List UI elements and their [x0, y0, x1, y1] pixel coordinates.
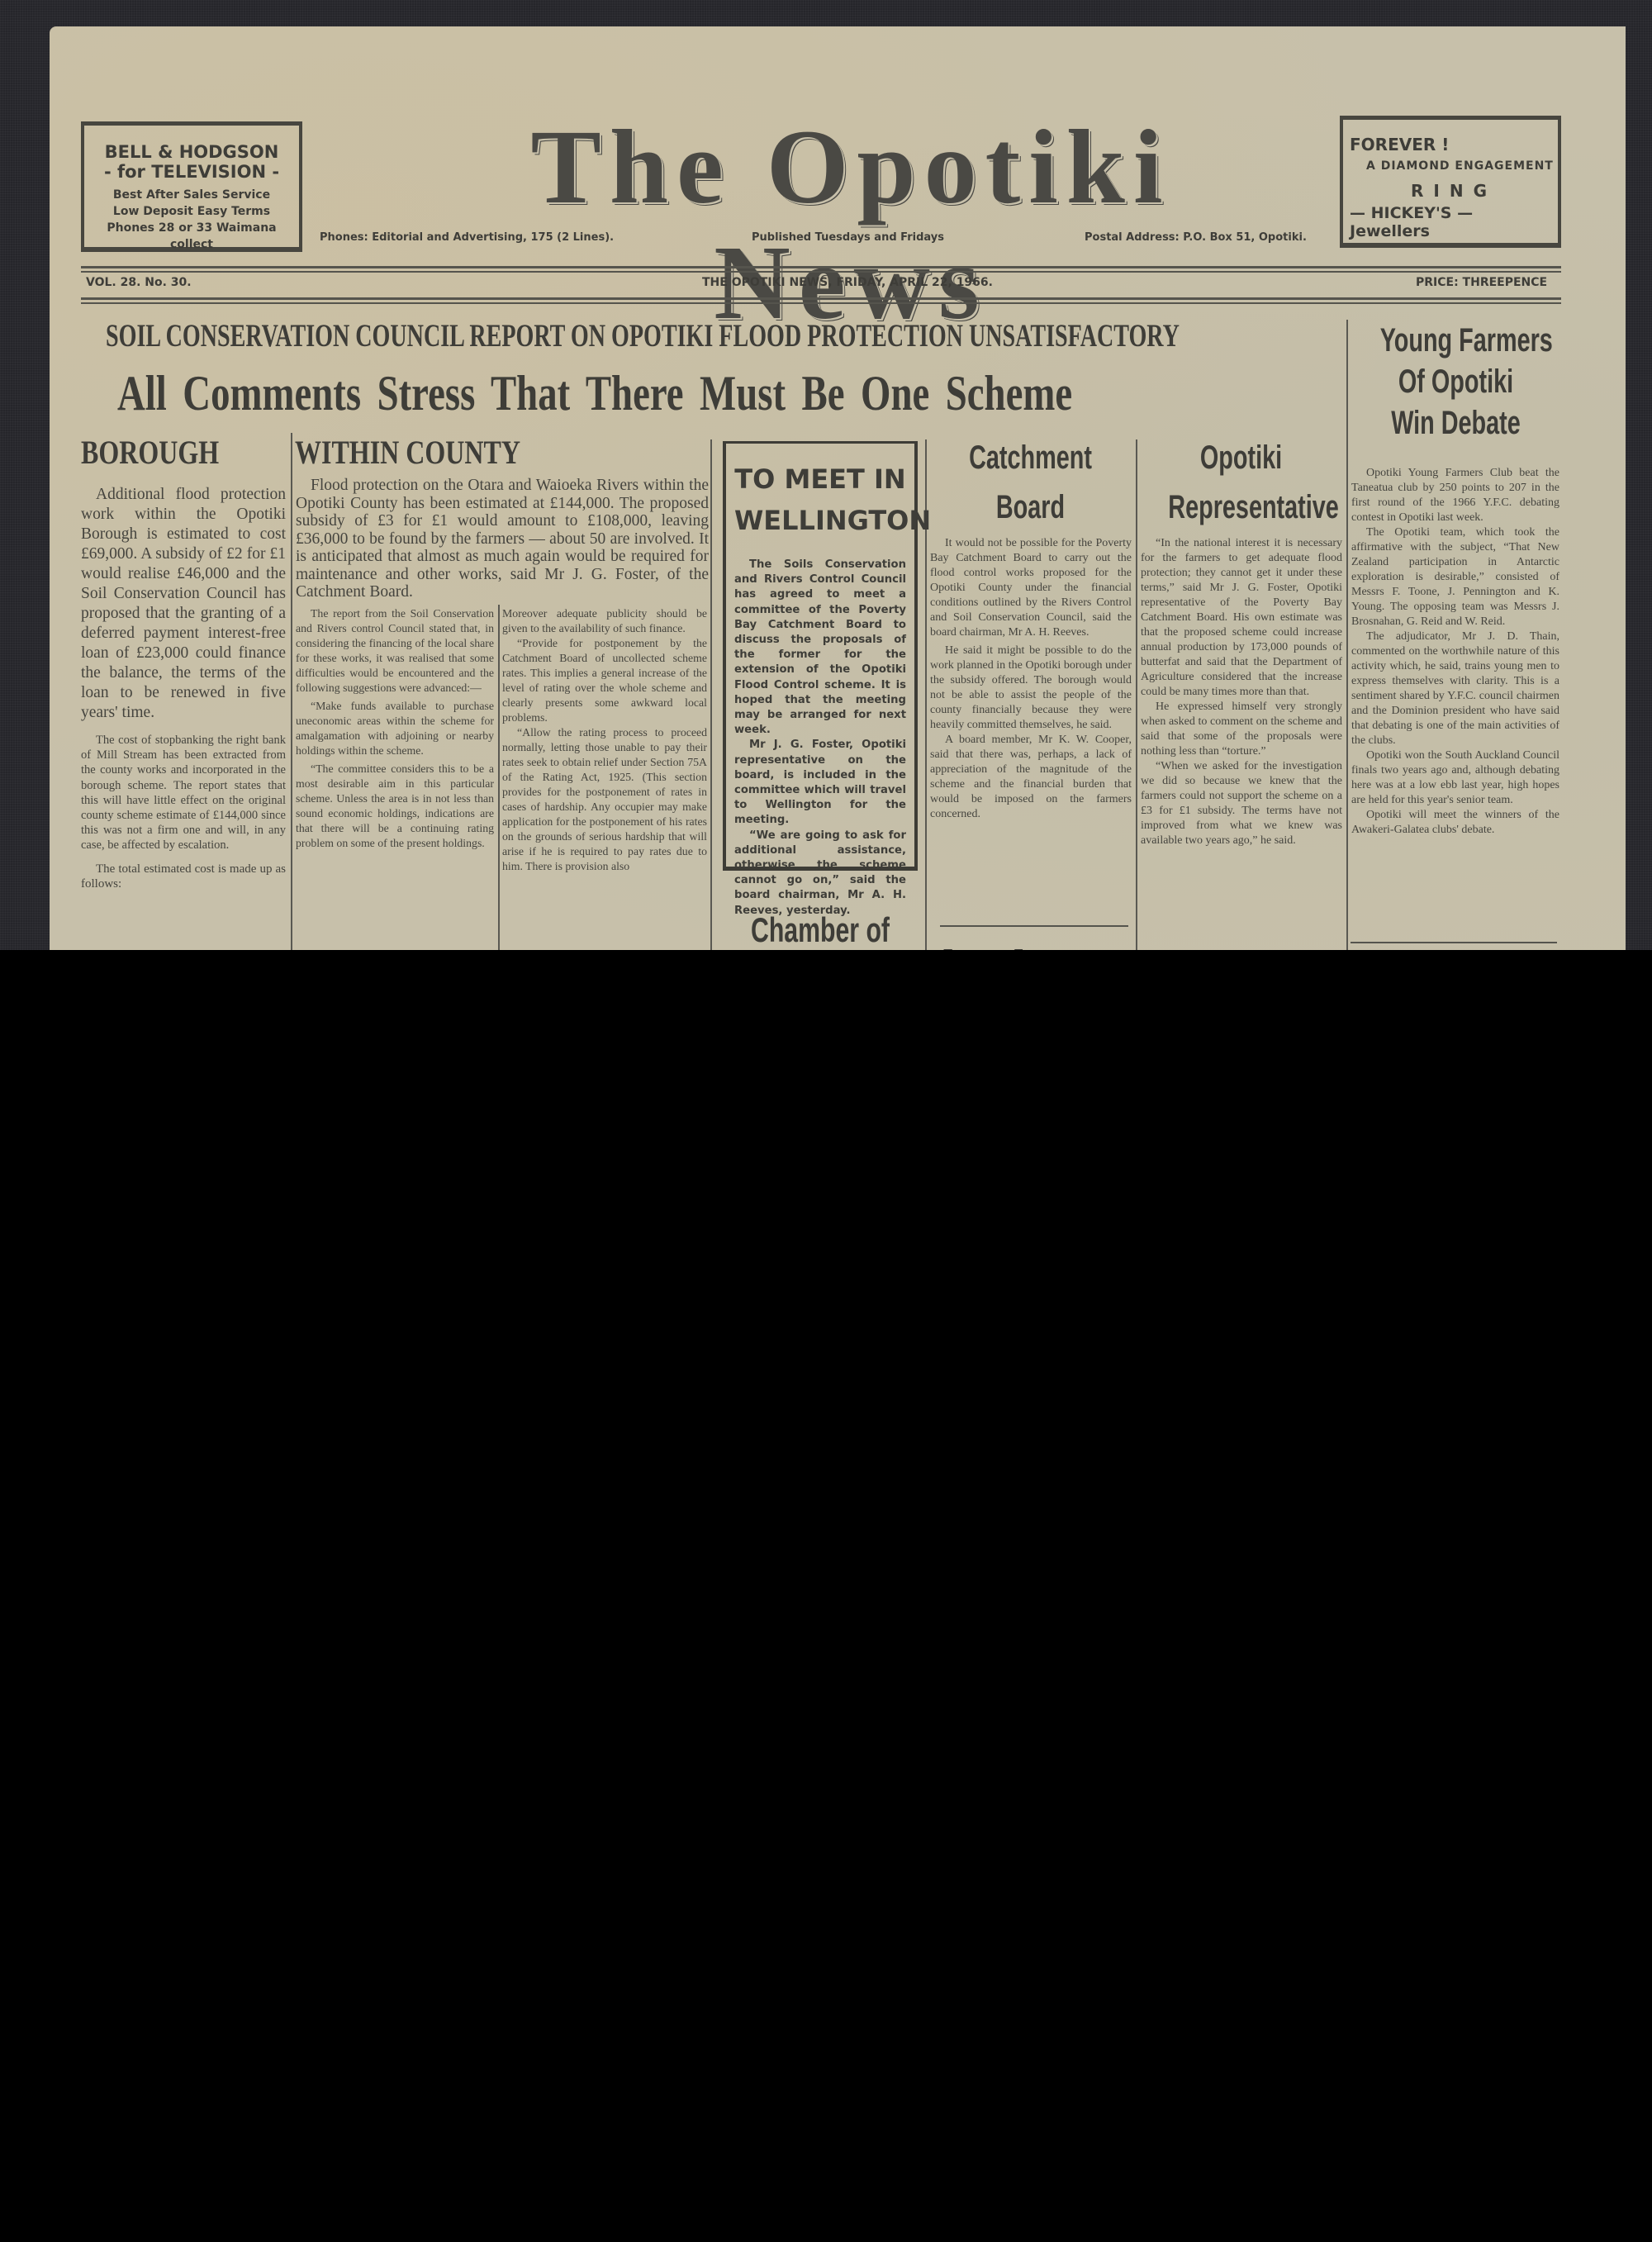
paragraph: The total estimated cost is made up as f…	[81, 862, 286, 891]
paragraph: The Opotiki team, which took the affirma…	[1351, 525, 1559, 629]
paragraph: A board member, Mr K. W. Cooper, said th…	[930, 733, 1132, 822]
catchment-story: It would not be possible for the Poverty…	[930, 536, 1132, 822]
masthead-title: The Opotiki News	[396, 109, 1305, 340]
ad-line: Phones 28 or 33 Waimana collect	[84, 220, 299, 253]
paragraph: It would not be possible for the Poverty…	[930, 536, 1132, 640]
rule-top	[81, 266, 1561, 273]
paragraph: “Allow the rating process to proceed nor…	[502, 725, 707, 874]
representative-heading: Opotiki	[1168, 439, 1313, 477]
county-lead: Flood protection on the Otara and Waioek…	[296, 477, 709, 601]
ad-line: FOREVER !	[1350, 135, 1558, 154]
representative-heading: Representative	[1168, 489, 1313, 526]
story-divider	[940, 925, 1128, 927]
empty-area	[0, 950, 1652, 2242]
paragraph: He expressed himself very strongly when …	[1141, 700, 1342, 759]
column-rule	[1346, 320, 1348, 950]
story-divider	[1351, 942, 1557, 943]
volume-number: VOL. 28. No. 30.	[86, 276, 192, 289]
large-increase-heading: Large Increase	[943, 942, 1104, 950]
county-column-2: Moreover adequate publicity should be gi…	[502, 606, 707, 874]
ad-line: A DIAMOND ENGAGEMENT	[1366, 159, 1558, 173]
catchment-heading: Catchment	[957, 439, 1103, 477]
ad-bell-hodgson: BELL & HODGSON - for TELEVISION - Best A…	[81, 121, 302, 252]
paragraph: “Provide for postponement by the Catchme…	[502, 636, 707, 725]
paragraph: Opotiki Young Farmers Club beat the Tane…	[1351, 466, 1559, 525]
paragraph: The adjudicator, Mr J. D. Thain, comment…	[1351, 629, 1559, 748]
box-heading: WELLINGTON	[734, 500, 906, 541]
chamber-heading: Chamber of	[750, 910, 890, 950]
paragraph: “When we asked for the investigation we …	[1141, 759, 1342, 848]
young-farmers-story: Opotiki Young Farmers Club beat the Tane…	[1351, 466, 1559, 838]
paragraph: Opotiki won the South Auckland Council f…	[1351, 748, 1559, 808]
paragraph: Moreover adequate publicity should be gi…	[502, 606, 707, 636]
paragraph: The Soils Conservation and Rivers Contro…	[734, 558, 906, 738]
young-farmers-heading: Young Farmers	[1380, 322, 1532, 359]
paragraph: Opotiki will meet the winners of the Awa…	[1351, 808, 1559, 838]
county-heading: WITHIN COUNTY	[295, 433, 520, 472]
catchment-heading: Board	[957, 489, 1103, 526]
ad-line: Best After Sales Service	[84, 187, 299, 203]
paragraph: Additional flood protection work within …	[81, 485, 286, 723]
price: PRICE: THREEPENCE	[1416, 276, 1547, 289]
phones-info: Phones: Editorial and Advertising, 175 (…	[320, 231, 614, 244]
column-rule	[1136, 439, 1137, 950]
paragraph: “Make funds available to purchase unecon…	[296, 699, 494, 758]
representative-story: “In the national interest it is necessar…	[1141, 536, 1342, 848]
publication-days: Published Tuesdays and Fridays	[752, 231, 944, 244]
ad-hickeys-jewellers: FOREVER ! A DIAMOND ENGAGEMENT RING — HI…	[1340, 116, 1561, 248]
paragraph: The report from the Soil Conservation an…	[296, 606, 494, 696]
young-farmers-heading: Win Debate	[1380, 405, 1532, 442]
ad-line: - for TELEVISION -	[84, 162, 299, 182]
ad-line: RING	[1350, 181, 1558, 201]
borough-heading: BOROUGH	[81, 433, 219, 472]
column-rule	[710, 439, 712, 950]
newspaper-page: BELL & HODGSON - for TELEVISION - Best A…	[50, 26, 1626, 950]
paragraph: Flood protection on the Otara and Waioek…	[296, 477, 709, 601]
column-rule	[498, 605, 500, 950]
main-headline: All Comments Stress That There Must Be O…	[117, 365, 1072, 422]
paragraph: “The committee considers this to be a mo…	[296, 762, 494, 851]
young-farmers-heading: Of Opotiki	[1380, 363, 1532, 401]
paragraph: The cost of stopbanking the right bank o…	[81, 733, 286, 853]
box-heading: TO MEET IN	[734, 458, 906, 500]
ad-line: — HICKEY'S — Jewellers	[1350, 204, 1558, 240]
postal-address: Postal Address: P.O. Box 51, Opotiki.	[1085, 231, 1307, 244]
paragraph: “In the national interest it is necessar…	[1141, 536, 1342, 700]
borough-story: Additional flood protection work within …	[81, 485, 286, 891]
county-column-1: The report from the Soil Conservation an…	[296, 606, 494, 851]
ad-line: BELL & HODGSON	[84, 142, 299, 162]
rule-bottom	[81, 297, 1561, 304]
kicker-headline: SOIL CONSERVATION COUNCIL REPORT ON OPOT…	[106, 317, 1180, 354]
dateline: THE OPOTIKI NEWS, FRIDAY, APRIL 22, 1966…	[702, 276, 993, 289]
box-story: The Soils Conservation and Rivers Contro…	[734, 558, 906, 919]
ad-line: Low Deposit Easy Terms	[84, 203, 299, 220]
paragraph: He said it might be possible to do the w…	[930, 644, 1132, 733]
paragraph: Mr J. G. Foster, Opotiki representative …	[734, 738, 906, 828]
wellington-box: TO MEET IN WELLINGTON The Soils Conserva…	[723, 441, 918, 871]
paragraph: “We are going to ask for additional assi…	[734, 829, 906, 919]
column-rule	[291, 433, 292, 950]
